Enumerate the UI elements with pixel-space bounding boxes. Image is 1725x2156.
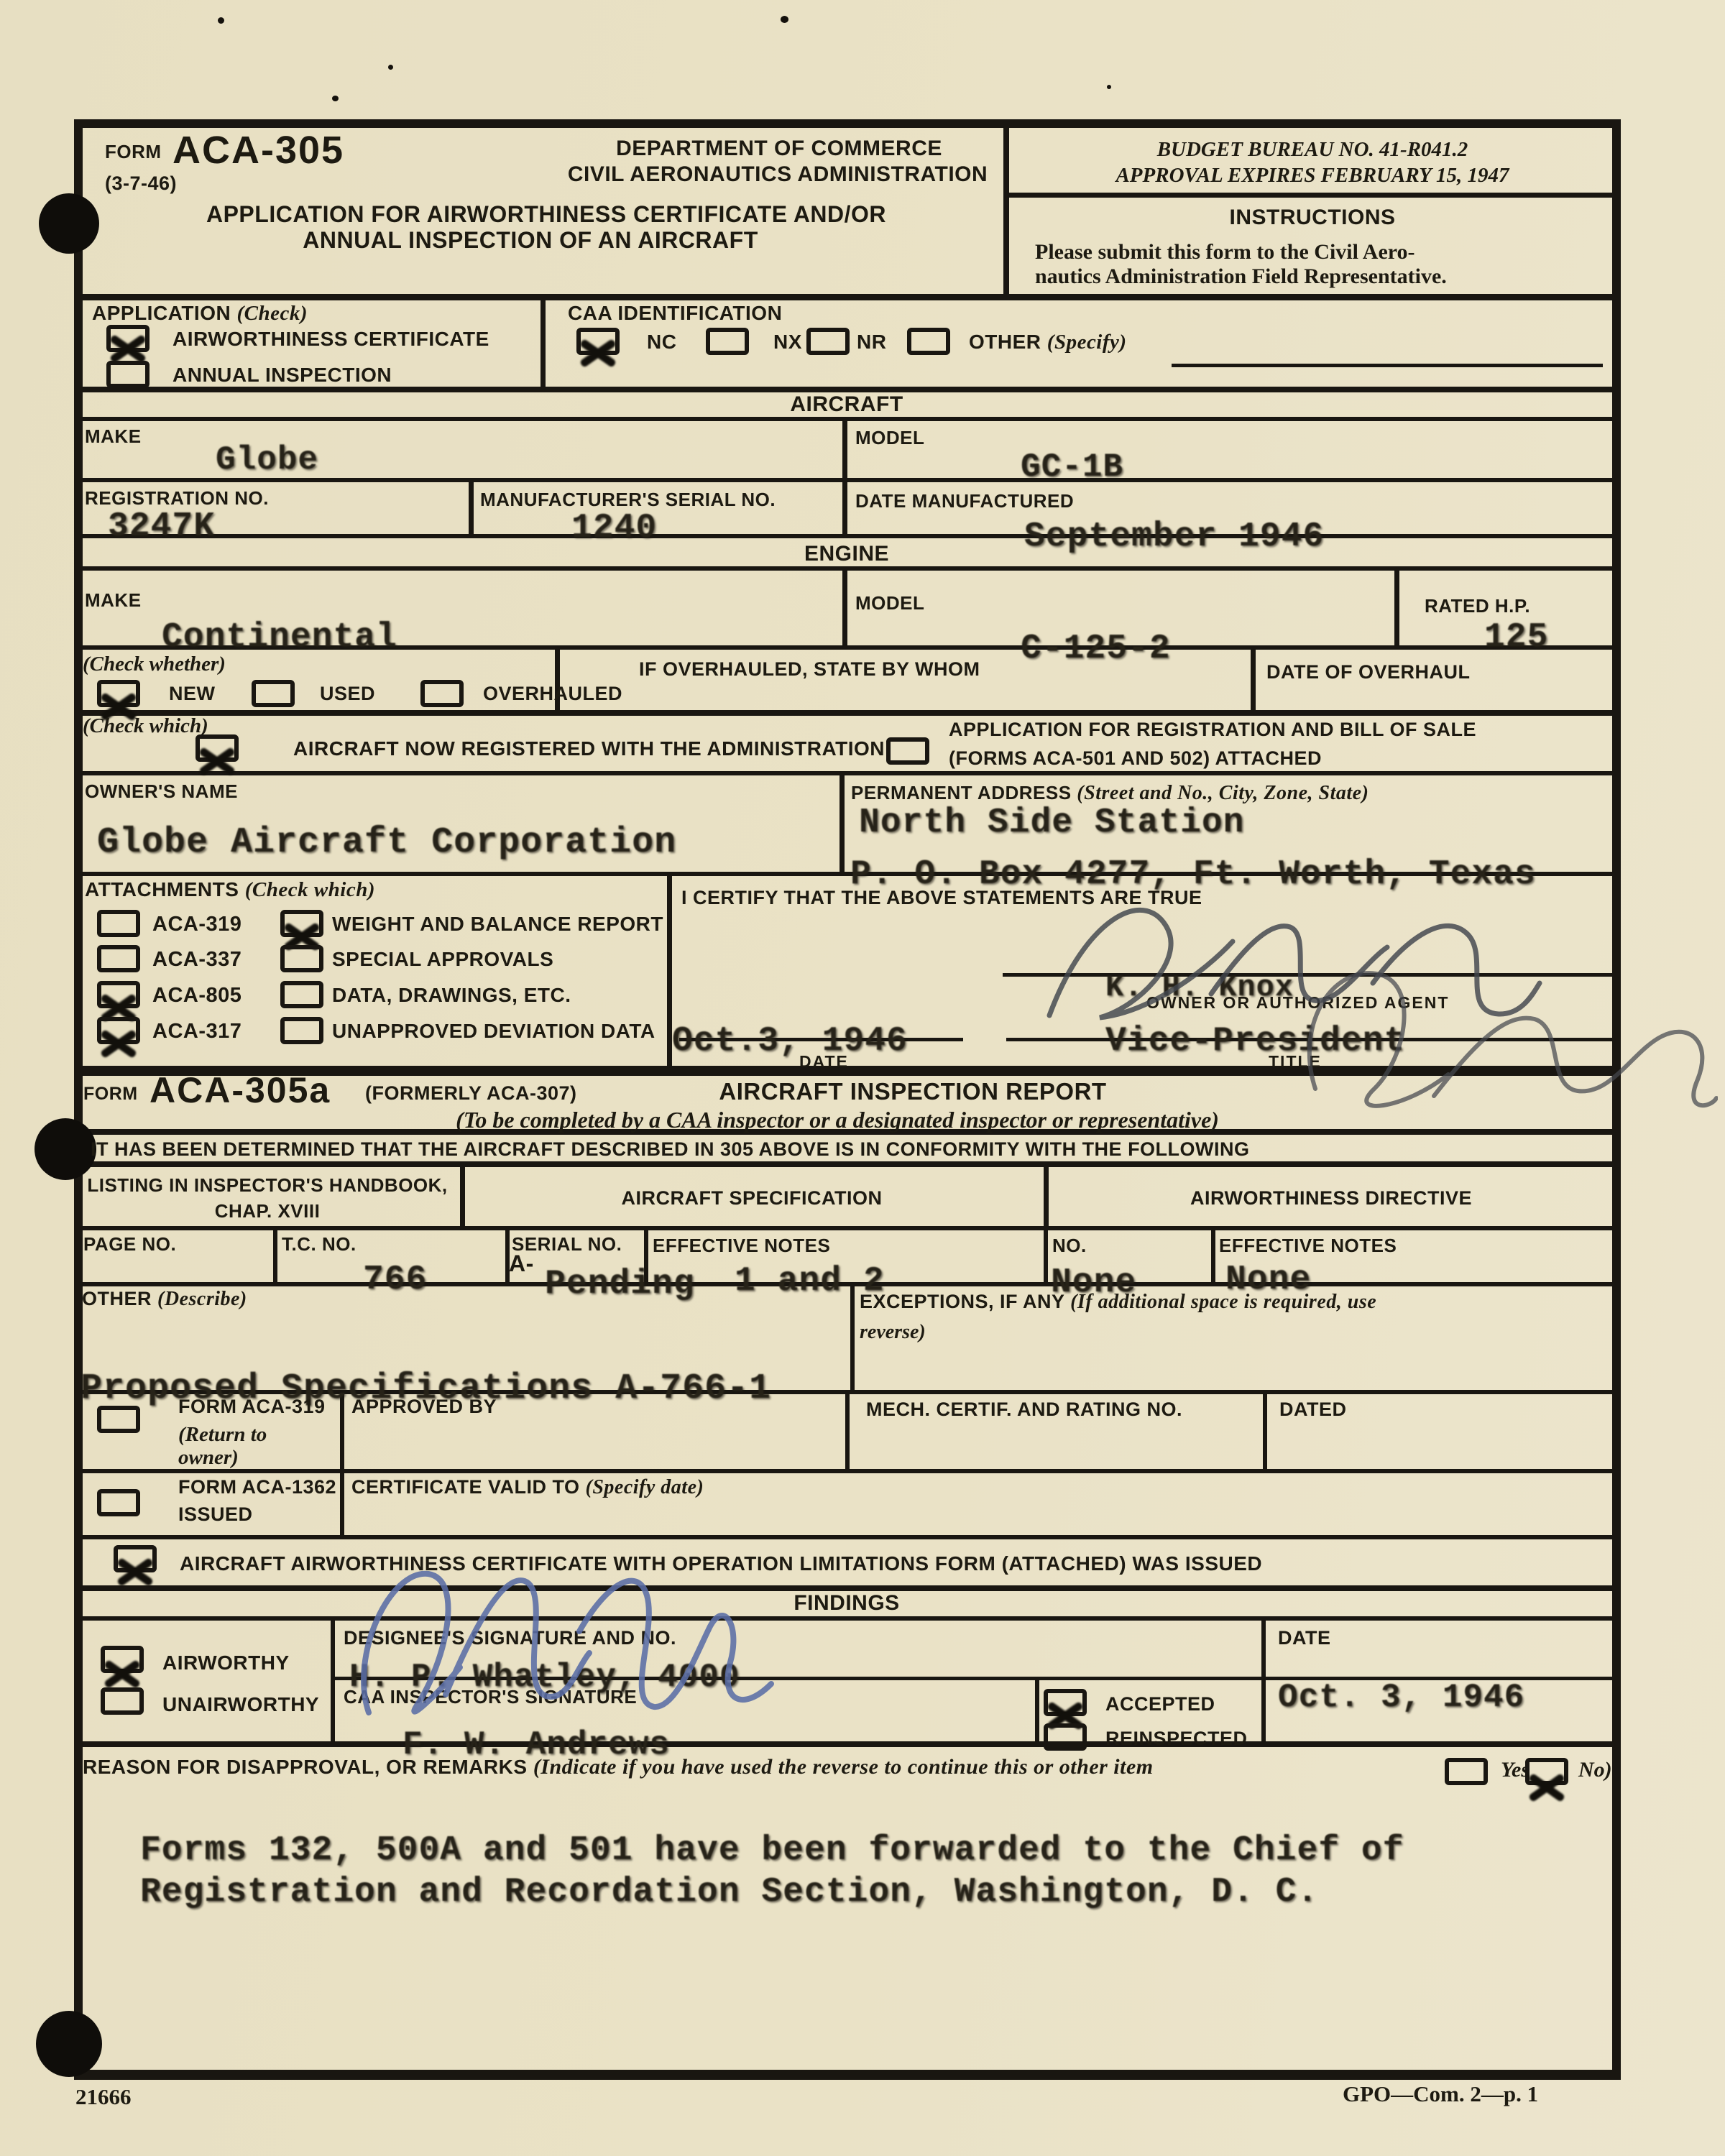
reason-remarks-label: REASON FOR DISAPPROVAL, OR REMARKS (Indi… xyxy=(83,1755,1154,1779)
caa-identification-label: CAA IDENTIFICATION xyxy=(568,302,782,325)
vline-serial-date xyxy=(842,478,847,534)
data-drawings-label: DATA, DRAWINGS, ETC. xyxy=(332,984,571,1007)
engine-overhauled-label: OVERHAULED xyxy=(483,683,622,705)
footer-gpo-imprint: GPO—Com. 2—p. 1 xyxy=(1343,2081,1538,2107)
form-aca-319-label: FORM ACA-319 xyxy=(178,1396,326,1418)
scanned-form-page: FORM ACA-305 (3-7-46) DEPARTMENT OF COMM… xyxy=(0,0,1725,2156)
serial-no-value: Pending xyxy=(545,1265,695,1304)
vline-application-caa xyxy=(540,294,546,387)
aca-805-label: ACA-805 xyxy=(152,984,241,1008)
vline-header xyxy=(1003,119,1009,294)
mech-certif-label: MECH. CERTIF. AND RATING NO. xyxy=(866,1399,1182,1421)
vline-attachments-certify xyxy=(667,872,672,1066)
line-header-bottom xyxy=(74,294,1621,300)
vline-sub-notes-no xyxy=(1044,1226,1048,1282)
reinspected-checkbox[interactable] xyxy=(1044,1723,1087,1751)
line-aca319-row-bottom xyxy=(74,1469,1621,1473)
ink-speck xyxy=(332,96,339,101)
engine-model-label: MODEL xyxy=(855,592,924,614)
line-budget-divider xyxy=(1008,193,1621,198)
border-left xyxy=(74,119,83,2080)
vline-make-model xyxy=(842,417,847,478)
vline-sub-no-notes2 xyxy=(1211,1226,1215,1282)
aircraft-make-value: Globe xyxy=(216,441,318,479)
line-check-which-bottom xyxy=(74,771,1621,775)
department-name: DEPARTMENT OF COMMERCE xyxy=(616,137,942,161)
special-approvals-checkbox[interactable] xyxy=(280,945,323,972)
administration-name: CIVIL AERONAUTICS ADMINISTRATION xyxy=(568,162,988,187)
nc-checkmark xyxy=(578,338,618,369)
remarks-line2: Registration and Recordation Section, Wa… xyxy=(140,1873,1318,1912)
bill-of-sale-label-line2: (FORMS ACA-501 AND 502) ATTACHED xyxy=(949,747,1322,770)
dated-label: DATED xyxy=(1279,1399,1347,1421)
unairworthy-checkbox[interactable] xyxy=(101,1687,144,1715)
cert-issued-checkmark xyxy=(115,1557,155,1588)
line-aca1362-row-bottom xyxy=(74,1535,1621,1539)
reverse-yes-checkbox[interactable] xyxy=(1445,1758,1488,1785)
inspection-report-title: AIRCRAFT INSPECTION REPORT xyxy=(719,1078,1106,1105)
border-bottom xyxy=(74,2070,1621,2080)
registration-no-label: REGISTRATION NO. xyxy=(85,487,269,510)
instructions-line1: Please submit this form to the Civil Aer… xyxy=(1035,240,1415,264)
exceptions-label-line2: reverse) xyxy=(860,1321,926,1344)
engine-new-label: NEW xyxy=(169,683,216,705)
overhaul-date-label: DATE OF OVERHAUL xyxy=(1266,661,1471,683)
bill-of-sale-checkbox[interactable] xyxy=(886,737,929,765)
form-aca-319-note1: (Return to xyxy=(178,1423,267,1447)
col-handbook-line2: CHAP. XVIII xyxy=(215,1200,321,1222)
vline-approved-mech xyxy=(845,1390,850,1469)
border-top xyxy=(74,119,1621,128)
aircraft-make-label: MAKE xyxy=(85,425,142,448)
line-check-whether-bottom xyxy=(74,710,1621,716)
aca-337-checkbox[interactable] xyxy=(97,945,140,972)
vline-sub-page-tc xyxy=(273,1226,277,1282)
vline-overhaul-date xyxy=(1251,645,1256,710)
nx-label: NX xyxy=(773,331,802,354)
owner-name-label: OWNER'S NAME xyxy=(85,780,238,803)
date-manufactured-label: DATE MANUFACTURED xyxy=(855,490,1074,512)
approved-by-label: APPROVED BY xyxy=(351,1396,497,1418)
bill-of-sale-label-line1: APPLICATION FOR REGISTRATION AND BILL OF… xyxy=(949,719,1476,741)
annual-inspection-checkbox[interactable] xyxy=(106,361,149,388)
tc-no-value: 766 xyxy=(363,1261,427,1299)
special-approvals-label: SPECIAL APPROVALS xyxy=(332,948,553,971)
date-line-label: DATE xyxy=(799,1052,849,1072)
findings-date-label: DATE xyxy=(1278,1627,1331,1649)
effective-notes2-label: EFFECTIVE NOTES xyxy=(1219,1235,1397,1257)
vline-findings-left xyxy=(331,1616,335,1741)
other-id-label: OTHER (Specify) xyxy=(969,331,1127,354)
registered-label: AIRCRAFT NOW REGISTERED WITH THE ADMINIS… xyxy=(293,737,885,760)
footer-stock-number: 21666 xyxy=(75,2084,132,2110)
vline-owner-address xyxy=(839,771,845,872)
engine-used-label: USED xyxy=(320,683,375,705)
directive-no-label: NO. xyxy=(1052,1235,1087,1257)
form-title-line1: APPLICATION FOR AIRWORTHINESS CERTIFICAT… xyxy=(206,201,886,228)
airworthy-checkmark xyxy=(102,1659,142,1690)
permanent-address-label: PERMANENT ADDRESS (Street and No., City,… xyxy=(851,782,1368,805)
instructions-title: INSTRUCTIONS xyxy=(1230,206,1396,230)
airworthiness-certificate-label: AIRWORTHINESS CERTIFICATE xyxy=(172,328,489,351)
line-application-bottom xyxy=(74,387,1621,392)
date-manufactured-value: September 1946 xyxy=(1024,517,1324,556)
conformity-statement: IT HAS BEEN DETERMINED THAT THE AIRCRAFT… xyxy=(91,1138,1250,1161)
vline-mech-dated xyxy=(1263,1390,1267,1469)
vline-table-col1 xyxy=(460,1161,465,1226)
form-305a-label: FORM xyxy=(83,1084,138,1105)
nx-checkbox[interactable] xyxy=(706,328,749,355)
form-aca-319-checkbox[interactable] xyxy=(97,1406,140,1433)
engine-model-value: C-125-2 xyxy=(1021,630,1171,668)
data-drawings-checkbox[interactable] xyxy=(280,981,323,1008)
reinspected-label: REINSPECTED xyxy=(1105,1728,1248,1750)
form-number: ACA-305 xyxy=(172,128,344,172)
registered-checkmark xyxy=(197,746,237,778)
nr-checkbox[interactable] xyxy=(806,328,850,355)
aircraft-model-value: GC-1B xyxy=(1021,448,1123,486)
ink-speck xyxy=(388,65,393,70)
other-describe-label: OTHER (Describe) xyxy=(82,1288,247,1311)
effective-notes-label: EFFECTIVE NOTES xyxy=(653,1235,830,1257)
ink-speck xyxy=(781,16,788,23)
punch-hole-middle xyxy=(34,1118,96,1180)
aircraft-section-title: AIRCRAFT xyxy=(790,392,903,417)
line-findings-band-top xyxy=(74,1585,1621,1591)
engine-used-checkbox[interactable] xyxy=(252,680,295,707)
certificate-valid-to-label: CERTIFICATE VALID TO (Specify date) xyxy=(351,1476,704,1499)
vline-findings-date xyxy=(1261,1616,1266,1741)
vline-reg-serial xyxy=(469,478,474,534)
engine-overhauled-checkbox[interactable] xyxy=(420,680,464,707)
form-revision: (3-7-46) xyxy=(105,172,177,195)
unairworthy-label: UNAIRWORTHY xyxy=(162,1693,319,1716)
engine-make-value: Continental xyxy=(162,618,397,657)
unapproved-deviation-checkbox[interactable] xyxy=(280,1017,323,1044)
reverse-no-checkmark xyxy=(1527,1772,1567,1804)
aca-337-label: ACA-337 xyxy=(152,948,241,972)
aircraft-model-label: MODEL xyxy=(855,427,924,449)
nr-label: NR xyxy=(857,331,886,354)
exceptions-label-line1: EXCEPTIONS, IF ANY (If additional space … xyxy=(860,1291,1376,1314)
ink-speck xyxy=(1107,85,1111,89)
form-aca-1362-label: FORM ACA-1362 xyxy=(178,1476,336,1498)
remarks-line1: Forms 132, 500A and 501 have been forwar… xyxy=(140,1831,1404,1870)
line-engine-band xyxy=(74,566,1621,571)
other-id-blank-line[interactable] xyxy=(1172,364,1603,367)
rated-hp-value: 125 xyxy=(1484,618,1548,657)
unapproved-deviation-label: UNAPPROVED DEVIATION DATA xyxy=(332,1020,655,1043)
col-handbook-line1: LISTING IN INSPECTOR'S HANDBOOK, xyxy=(87,1174,447,1197)
mfr-serial-no-label: MANUFACTURER'S SERIAL NO. xyxy=(480,489,776,511)
findings-section-title: FINDINGS xyxy=(793,1591,899,1616)
engine-make-label: MAKE xyxy=(85,589,142,612)
findings-date-value: Oct. 3, 1946 xyxy=(1278,1679,1524,1716)
annual-inspection-label: ANNUAL INSPECTION xyxy=(172,364,392,387)
line-aircraft-band xyxy=(74,417,1621,421)
aca-317-label: ACA-317 xyxy=(152,1020,241,1044)
form-aca-1362-label2: ISSUED xyxy=(178,1503,253,1526)
check-whether-note: (Check whether) xyxy=(83,653,226,676)
serial-prefix: A- xyxy=(509,1250,534,1277)
line-findings-band-bottom xyxy=(74,1616,1621,1621)
form-aca-1362-checkbox[interactable] xyxy=(97,1489,140,1516)
certification-date-value: Oct.3, 1946 xyxy=(672,1022,908,1061)
agent-signature xyxy=(1287,927,1718,1135)
aca-317-checkmark xyxy=(98,1028,139,1060)
vline-aca319-approved xyxy=(340,1390,344,1535)
line-registration-bottom xyxy=(74,534,1621,538)
col-airworthiness-directive: AIRWORTHINESS DIRECTIVE xyxy=(1190,1187,1472,1210)
aca-319-label: ACA-319 xyxy=(152,913,241,936)
airworthy-label: AIRWORTHY xyxy=(162,1651,290,1674)
punch-hole-top xyxy=(39,193,99,254)
application-section-label: APPLICATION (Check) xyxy=(92,302,308,326)
registration-no-value: 3247K xyxy=(108,507,215,546)
col-aircraft-spec: AIRCRAFT SPECIFICATION xyxy=(622,1187,883,1210)
nc-label: NC xyxy=(647,331,676,354)
form-305a-formerly: (FORMERLY ACA-307) xyxy=(365,1082,577,1105)
form-title-line2: ANNUAL INSPECTION OF AN AIRCRAFT xyxy=(303,227,758,254)
engine-section-title: ENGINE xyxy=(804,542,889,566)
designee-signature-handwriting xyxy=(336,1529,804,1731)
vline-engine-model-hp xyxy=(1394,566,1399,645)
weight-balance-label: WEIGHT AND BALANCE REPORT xyxy=(332,913,663,936)
line-conformity-bottom xyxy=(74,1161,1621,1167)
rated-hp-label: RATED H.P. xyxy=(1425,595,1530,617)
overhauled-by-label: IF OVERHAULED, STATE BY WHOM xyxy=(639,658,980,681)
accepted-label: ACCEPTED xyxy=(1105,1693,1215,1715)
vline-engine-make-model xyxy=(842,566,847,645)
budget-bureau-line2: APPROVAL EXPIRES FEBRUARY 15, 1947 xyxy=(1115,164,1509,188)
owner-name-value: Globe Aircraft Corporation xyxy=(97,822,676,863)
budget-bureau-line1: BUDGET BUREAU NO. 41-R041.2 xyxy=(1157,138,1468,162)
permanent-address-line1: North Side Station xyxy=(859,803,1244,842)
attachments-section-label: ATTACHMENTS (Check which) xyxy=(85,878,375,902)
ink-speck xyxy=(218,17,224,24)
instructions-line2: nautics Administration Field Representat… xyxy=(1035,264,1447,289)
tc-no-label: T.C. NO. xyxy=(282,1233,356,1256)
check-which-note: (Check which) xyxy=(83,714,208,738)
page-no-label: PAGE NO. xyxy=(83,1233,176,1256)
vline-accepted-cell xyxy=(1035,1677,1039,1741)
aca-319-checkbox[interactable] xyxy=(97,910,140,937)
form-aca-319-note2: owner) xyxy=(178,1446,239,1470)
inspection-report-subtitle: (To be completed by a CAA inspector or a… xyxy=(456,1107,1219,1133)
punch-hole-bottom xyxy=(36,2011,102,2077)
line-table-header-bottom xyxy=(74,1226,1621,1230)
other-id-checkbox[interactable] xyxy=(907,328,950,355)
form-305a-number: ACA-305a xyxy=(149,1069,331,1111)
line-findings-bottom xyxy=(74,1741,1621,1747)
mfr-serial-no-value: 1240 xyxy=(571,509,657,548)
form-label: FORM xyxy=(105,141,162,163)
reverse-no-label: No) xyxy=(1578,1758,1612,1782)
vline-table-col2 xyxy=(1044,1161,1049,1226)
